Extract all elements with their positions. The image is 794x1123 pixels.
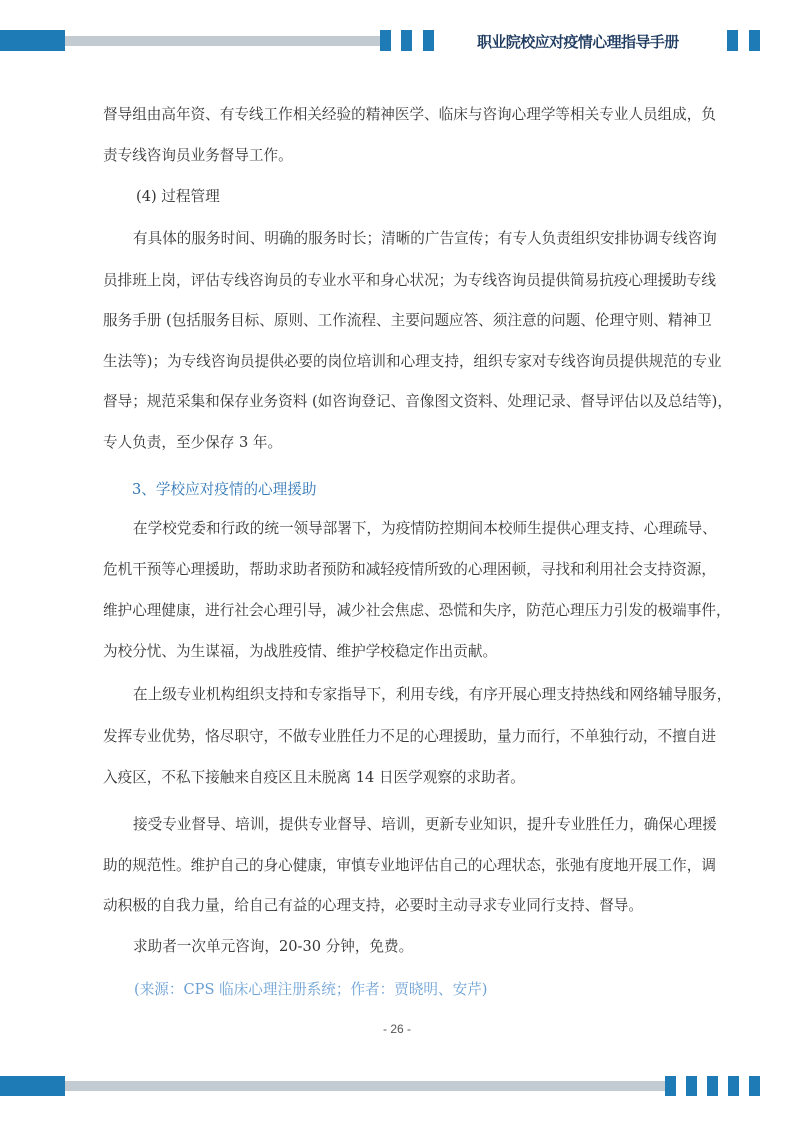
paragraph-line: 为校分忧、为生谋福，为战胜疫情、维护学校稳定作出贡献。: [103, 642, 693, 662]
paragraph-line: 督导；规范采集和保存业务资料 (如咨询登记、音像图文资料、处理记录、督导评估以及…: [103, 392, 693, 412]
paragraph-line: 专人负责，至少保存 3 年。: [103, 433, 693, 453]
paragraph-line: 助的规范性。维护自己的身心健康，审慎专业地评估自己的心理状态，张弛有度地开展工作…: [103, 856, 693, 876]
document-title: 职业院校应对疫情心理指导手册: [477, 31, 679, 52]
footer-gray-bar: [65, 1081, 666, 1091]
header-square-4: [727, 30, 738, 51]
paragraph-line: 服务手册 (包括服务目标、原则、工作流程、主要问题应答、须注意的问题、伦理守则、…: [103, 311, 693, 331]
footer-blue-block: [0, 1076, 65, 1096]
paragraph-line: 求助者一次单元咨询，20-30 分钟，免费。: [133, 937, 723, 957]
header-blue-block: [0, 30, 65, 51]
section-heading: 3、学校应对疫情的心理援助: [132, 480, 722, 500]
footer-square-4: [728, 1076, 739, 1096]
subsection-heading: (4) 过程管理: [136, 187, 726, 207]
footer-square-2: [686, 1076, 697, 1096]
paragraph-line: 在学校党委和行政的统一领导部署下，为疫情防控期间本校师生提供心理支持、心理疏导、: [133, 519, 723, 539]
paragraph-line: 危机干预等心理援助，帮助求助者预防和减轻疫情所致的心理困顿，寻找和利用社会支持资…: [103, 560, 693, 580]
footer-square-5: [749, 1076, 760, 1096]
page-number: - 26 -: [0, 1022, 794, 1036]
paragraph-line: 责专线咨询员业务督导工作。: [103, 146, 693, 166]
header-square-5: [749, 30, 760, 51]
paragraph-line: 入疫区，不私下接触来自疫区且未脱离 14 日医学观察的求助者。: [103, 768, 693, 788]
header-square-2: [401, 30, 412, 51]
footer-square-1: [665, 1076, 676, 1096]
paragraph-line: 动积极的自我力量，给自己有益的心理支持，必要时主动寻求专业同行支持、督导。: [103, 896, 693, 916]
paragraph-line: 督导组由高年资、有专线工作相关经验的精神医学、临床与咨询心理学等相关专业人员组成…: [103, 105, 693, 125]
paragraph-line: 员排班上岗，评估专线咨询员的专业水平和身心状况；为专线咨询员提供简易抗疫心理援助…: [103, 271, 693, 291]
paragraph-line: 接受专业督导、培训，提供专业督导、培训，更新专业知识，提升专业胜任力，确保心理援: [133, 815, 723, 835]
footer-square-3: [707, 1076, 718, 1096]
paragraph-line: 维护心理健康，进行社会心理引导，减少社会焦虑、恐慌和失序，防范心理压力引发的极端…: [103, 601, 693, 621]
source-citation: (来源：CPS 临床心理注册系统；作者：贾晓明、安芹): [134, 980, 724, 1000]
paragraph-line: 在上级专业机构组织支持和专家指导下，利用专线，有序开展心理支持热线和网络辅导服务…: [133, 685, 723, 705]
header-gray-bar: [65, 36, 381, 46]
paragraph-line: 有具体的服务时间、明确的服务时长；清晰的广告宣传；有专人负责组织安排协调专线咨询: [133, 229, 723, 249]
paragraph-line: 发挥专业优势，恪尽职守，不做专业胜任力不足的心理援助，量力而行，不单独行动，不擅…: [103, 727, 693, 747]
header-square-1: [380, 30, 391, 51]
header-square-3: [423, 30, 434, 51]
paragraph-line: 生法等)；为专线咨询员提供必要的岗位培训和心理支持，组织专家对专线咨询员提供规范…: [103, 352, 693, 372]
